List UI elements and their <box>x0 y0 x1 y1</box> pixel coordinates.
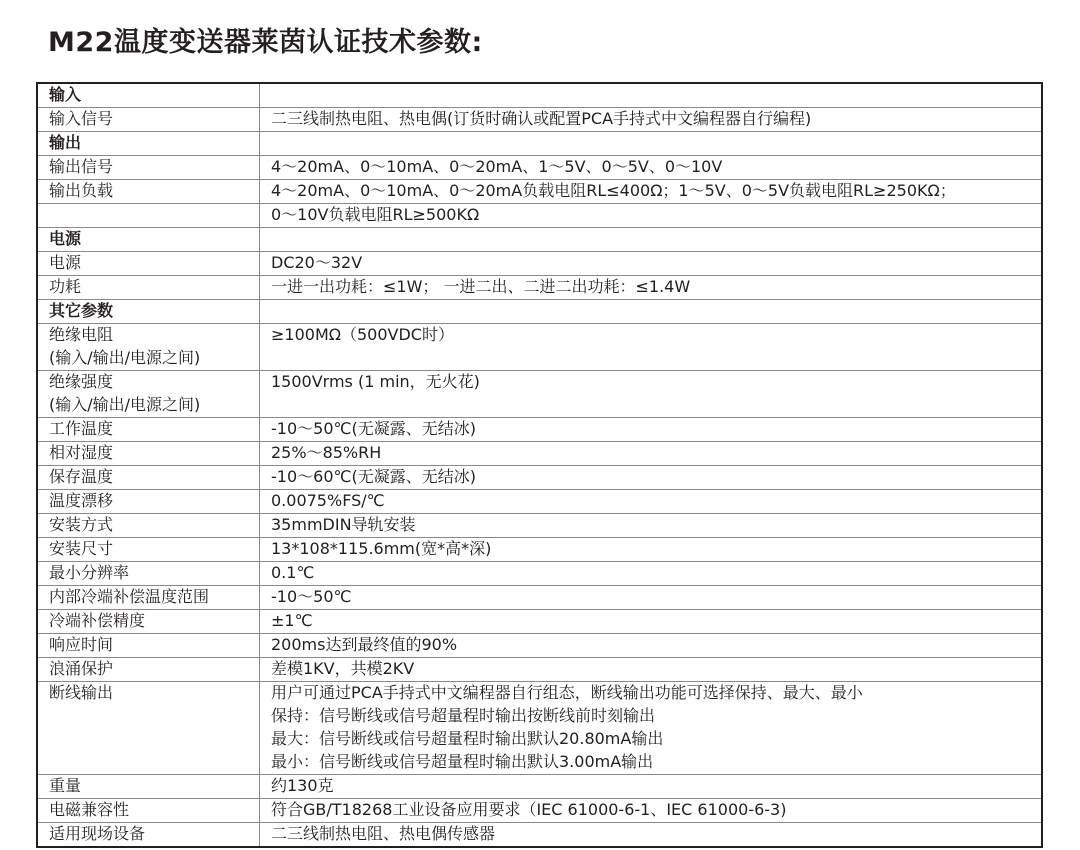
param-name: 冷端补偿精度 <box>49 610 259 633</box>
table-row: 绝缘强度(输入/输出/电源之间)1500Vrms (1 min，无火花) <box>37 371 1042 418</box>
param-name-cell: 安装尺寸 <box>37 538 260 562</box>
table-row: 温度漂移0.0075%FS/℃ <box>37 490 1042 514</box>
param-name: 输出负载 <box>49 180 259 203</box>
param-value-cell: -10～50℃(无凝露、无结冰) <box>260 418 1043 442</box>
param-name-cell: 工作温度 <box>37 418 260 442</box>
param-value: 差模1KV，共模2KV <box>271 658 1041 681</box>
param-name: 功耗 <box>49 276 259 299</box>
param-value: -10～60℃(无凝露、无结冰) <box>271 466 1041 489</box>
param-value <box>271 228 1041 251</box>
param-value: 最小：信号断线或信号超量程时输出默认3.00mA输出 <box>271 751 1041 774</box>
param-name: 重量 <box>49 775 259 798</box>
param-name: 输入信号 <box>49 108 259 131</box>
param-name: 断线输出 <box>49 682 259 705</box>
param-name-cell: 重量 <box>37 775 260 799</box>
param-value: 二三线制热电阻、热电偶(订货时确认或配置PCA手持式中文编程器自行编程) <box>271 108 1041 131</box>
spec-table: 输入输入信号二三线制热电阻、热电偶(订货时确认或配置PCA手持式中文编程器自行编… <box>36 82 1043 848</box>
section-row: 其它参数 <box>37 300 1042 324</box>
section-row: 电源 <box>37 228 1042 252</box>
param-name-cell: 输出信号 <box>37 156 260 180</box>
param-name-cell: 输入信号 <box>37 108 260 132</box>
param-value-cell: -10～50℃ <box>260 586 1043 610</box>
param-name: 绝缘强度 <box>49 371 259 394</box>
param-name-cell: 输出 <box>37 132 260 156</box>
table-row: 断线输出用户可通过PCA手持式中文编程器自行组态，断线输出功能可选择保持、最大、… <box>37 682 1042 775</box>
param-value: 13*108*115.6mm(宽*高*深) <box>271 538 1041 561</box>
param-value: 4～20mA、0～10mA、0～20mA负载电阻RL≤400Ω；1～5V、0～5… <box>271 180 1041 203</box>
param-value: 二三线制热电阻、热电偶传感器 <box>271 823 1041 846</box>
table-row: 输入信号二三线制热电阻、热电偶(订货时确认或配置PCA手持式中文编程器自行编程) <box>37 108 1042 132</box>
param-name-cell: 绝缘强度(输入/输出/电源之间) <box>37 371 260 418</box>
param-name: 安装方式 <box>49 514 259 537</box>
param-value-cell <box>260 83 1043 108</box>
param-name-cell: 温度漂移 <box>37 490 260 514</box>
param-value: 0.0075%FS/℃ <box>271 490 1041 513</box>
param-value-cell: 用户可通过PCA手持式中文编程器自行组态，断线输出功能可选择保持、最大、最小保持… <box>260 682 1043 775</box>
param-value-cell <box>260 228 1043 252</box>
param-value-cell: 差模1KV，共模2KV <box>260 658 1043 682</box>
param-value-cell: ±1℃ <box>260 610 1043 634</box>
param-value-cell: 二三线制热电阻、热电偶传感器 <box>260 823 1043 848</box>
param-name-cell: 内部冷端补偿温度范围 <box>37 586 260 610</box>
table-row: 适用现场设备二三线制热电阻、热电偶传感器 <box>37 823 1042 848</box>
table-row: 保存温度-10～60℃(无凝露、无结冰) <box>37 466 1042 490</box>
param-name: 内部冷端补偿温度范围 <box>49 586 259 609</box>
table-row: 电磁兼容性符合GB/T18268工业设备应用要求（IEC 61000-6-1、I… <box>37 799 1042 823</box>
param-name: 安装尺寸 <box>49 538 259 561</box>
param-name-cell: 保存温度 <box>37 466 260 490</box>
param-value: 35mmDIN导轨安装 <box>271 514 1041 537</box>
param-name: 最小分辨率 <box>49 562 259 585</box>
param-value <box>271 300 1041 323</box>
param-name-cell: 冷端补偿精度 <box>37 610 260 634</box>
param-value: 4～20mA、0～10mA、0～20mA、1～5V、0～5V、0～10V <box>271 156 1041 179</box>
param-value: 一进一出功耗：≤1W； 一进二出、二进二出功耗：≤1.4W <box>271 276 1041 299</box>
param-value: 约130克 <box>271 775 1041 798</box>
param-name-cell: 电源 <box>37 228 260 252</box>
section-row: 输出 <box>37 132 1042 156</box>
param-value-cell: 13*108*115.6mm(宽*高*深) <box>260 538 1043 562</box>
param-value-cell: -10～60℃(无凝露、无结冰) <box>260 466 1043 490</box>
param-value: 0.1℃ <box>271 562 1041 585</box>
param-value-cell <box>260 132 1043 156</box>
param-name: 电磁兼容性 <box>49 799 259 822</box>
table-row: 重量约130克 <box>37 775 1042 799</box>
param-name-cell: 相对湿度 <box>37 442 260 466</box>
param-value-cell: 4～20mA、0～10mA、0～20mA、1～5V、0～5V、0～10V <box>260 156 1043 180</box>
param-name: 输出信号 <box>49 156 259 179</box>
param-value: 1500Vrms (1 min，无火花) <box>271 371 1041 394</box>
param-value-cell: 200ms达到最终值的90% <box>260 634 1043 658</box>
param-value: -10～50℃(无凝露、无结冰) <box>271 418 1041 441</box>
param-value <box>271 132 1041 155</box>
table-row: 最小分辨率0.1℃ <box>37 562 1042 586</box>
param-value-cell <box>260 300 1043 324</box>
param-name: 浪涌保护 <box>49 658 259 681</box>
param-value-cell: 1500Vrms (1 min，无火花) <box>260 371 1043 418</box>
param-name <box>49 204 259 227</box>
table-row: 功耗一进一出功耗：≤1W； 一进二出、二进二出功耗：≤1.4W <box>37 276 1042 300</box>
table-row: 安装尺寸13*108*115.6mm(宽*高*深) <box>37 538 1042 562</box>
param-value: 用户可通过PCA手持式中文编程器自行组态，断线输出功能可选择保持、最大、最小 <box>271 682 1041 705</box>
table-row: 内部冷端补偿温度范围-10～50℃ <box>37 586 1042 610</box>
param-value: 200ms达到最终值的90% <box>271 634 1041 657</box>
param-name-cell: 浪涌保护 <box>37 658 260 682</box>
param-name: 响应时间 <box>49 634 259 657</box>
table-row: 相对湿度25%～85%RH <box>37 442 1042 466</box>
param-name-cell: 其它参数 <box>37 300 260 324</box>
param-name-cell: 安装方式 <box>37 514 260 538</box>
param-name-cell <box>37 204 260 228</box>
param-value-cell: DC20～32V <box>260 252 1043 276</box>
param-value-cell: 二三线制热电阻、热电偶(订货时确认或配置PCA手持式中文编程器自行编程) <box>260 108 1043 132</box>
table-row: 0～10V负载电阻RL≥500KΩ <box>37 204 1042 228</box>
param-value: ±1℃ <box>271 610 1041 633</box>
table-row: 浪涌保护差模1KV，共模2KV <box>37 658 1042 682</box>
param-name: 相对湿度 <box>49 442 259 465</box>
param-name: 绝缘电阻 <box>49 324 259 347</box>
param-value-cell: 符合GB/T18268工业设备应用要求（IEC 61000-6-1、IEC 61… <box>260 799 1043 823</box>
param-name: 保存温度 <box>49 466 259 489</box>
param-value <box>271 84 1041 107</box>
param-name-note: (输入/输出/电源之间) <box>49 347 259 370</box>
param-name: 温度漂移 <box>49 490 259 513</box>
param-name: 输入 <box>49 84 259 107</box>
param-name-cell: 电磁兼容性 <box>37 799 260 823</box>
table-row: 绝缘电阻(输入/输出/电源之间)≥100MΩ（500VDC时） <box>37 324 1042 371</box>
param-value: 0～10V负载电阻RL≥500KΩ <box>271 204 1041 227</box>
param-name: 电源 <box>49 228 259 251</box>
param-value: 保持：信号断线或信号超量程时输出按断线前时刻输出 <box>271 705 1041 728</box>
table-row: 电源DC20～32V <box>37 252 1042 276</box>
param-value-cell: 约130克 <box>260 775 1043 799</box>
param-value-cell: 35mmDIN导轨安装 <box>260 514 1043 538</box>
param-value-cell: 一进一出功耗：≤1W； 一进二出、二进二出功耗：≤1.4W <box>260 276 1043 300</box>
param-value: 符合GB/T18268工业设备应用要求（IEC 61000-6-1、IEC 61… <box>271 799 1041 822</box>
param-value-cell: 4～20mA、0～10mA、0～20mA负载电阻RL≤400Ω；1～5V、0～5… <box>260 180 1043 204</box>
param-value-cell: ≥100MΩ（500VDC时） <box>260 324 1043 371</box>
table-row: 工作温度-10～50℃(无凝露、无结冰) <box>37 418 1042 442</box>
table-row: 输出信号4～20mA、0～10mA、0～20mA、1～5V、0～5V、0～10V <box>37 156 1042 180</box>
param-name-cell: 响应时间 <box>37 634 260 658</box>
param-value: -10～50℃ <box>271 586 1041 609</box>
table-row: 冷端补偿精度±1℃ <box>37 610 1042 634</box>
param-value-cell: 0.0075%FS/℃ <box>260 490 1043 514</box>
param-name-cell: 输出负载 <box>37 180 260 204</box>
table-row: 输出负载4～20mA、0～10mA、0～20mA负载电阻RL≤400Ω；1～5V… <box>37 180 1042 204</box>
param-name-cell: 最小分辨率 <box>37 562 260 586</box>
param-name-cell: 适用现场设备 <box>37 823 260 848</box>
param-value-cell: 25%～85%RH <box>260 442 1043 466</box>
param-name: 电源 <box>49 252 259 275</box>
param-name-cell: 绝缘电阻(输入/输出/电源之间) <box>37 324 260 371</box>
param-name-cell: 输入 <box>37 83 260 108</box>
param-name: 其它参数 <box>49 300 259 323</box>
table-row: 响应时间200ms达到最终值的90% <box>37 634 1042 658</box>
param-value: ≥100MΩ（500VDC时） <box>271 324 1041 347</box>
param-value-cell: 0～10V负载电阻RL≥500KΩ <box>260 204 1043 228</box>
param-value-cell: 0.1℃ <box>260 562 1043 586</box>
param-name: 工作温度 <box>49 418 259 441</box>
param-name-note: (输入/输出/电源之间) <box>49 394 259 417</box>
param-value: DC20～32V <box>271 252 1041 275</box>
param-name-cell: 断线输出 <box>37 682 260 775</box>
param-name-cell: 电源 <box>37 252 260 276</box>
param-value: 最大：信号断线或信号超量程时输出默认20.80mA输出 <box>271 728 1041 751</box>
table-row: 安装方式35mmDIN导轨安装 <box>37 514 1042 538</box>
section-row: 输入 <box>37 83 1042 108</box>
param-name: 适用现场设备 <box>49 823 259 846</box>
param-name: 输出 <box>49 132 259 155</box>
param-value: 25%～85%RH <box>271 442 1041 465</box>
page-title: M22温度变送器莱茵认证技术参数: <box>48 20 483 59</box>
param-name-cell: 功耗 <box>37 276 260 300</box>
